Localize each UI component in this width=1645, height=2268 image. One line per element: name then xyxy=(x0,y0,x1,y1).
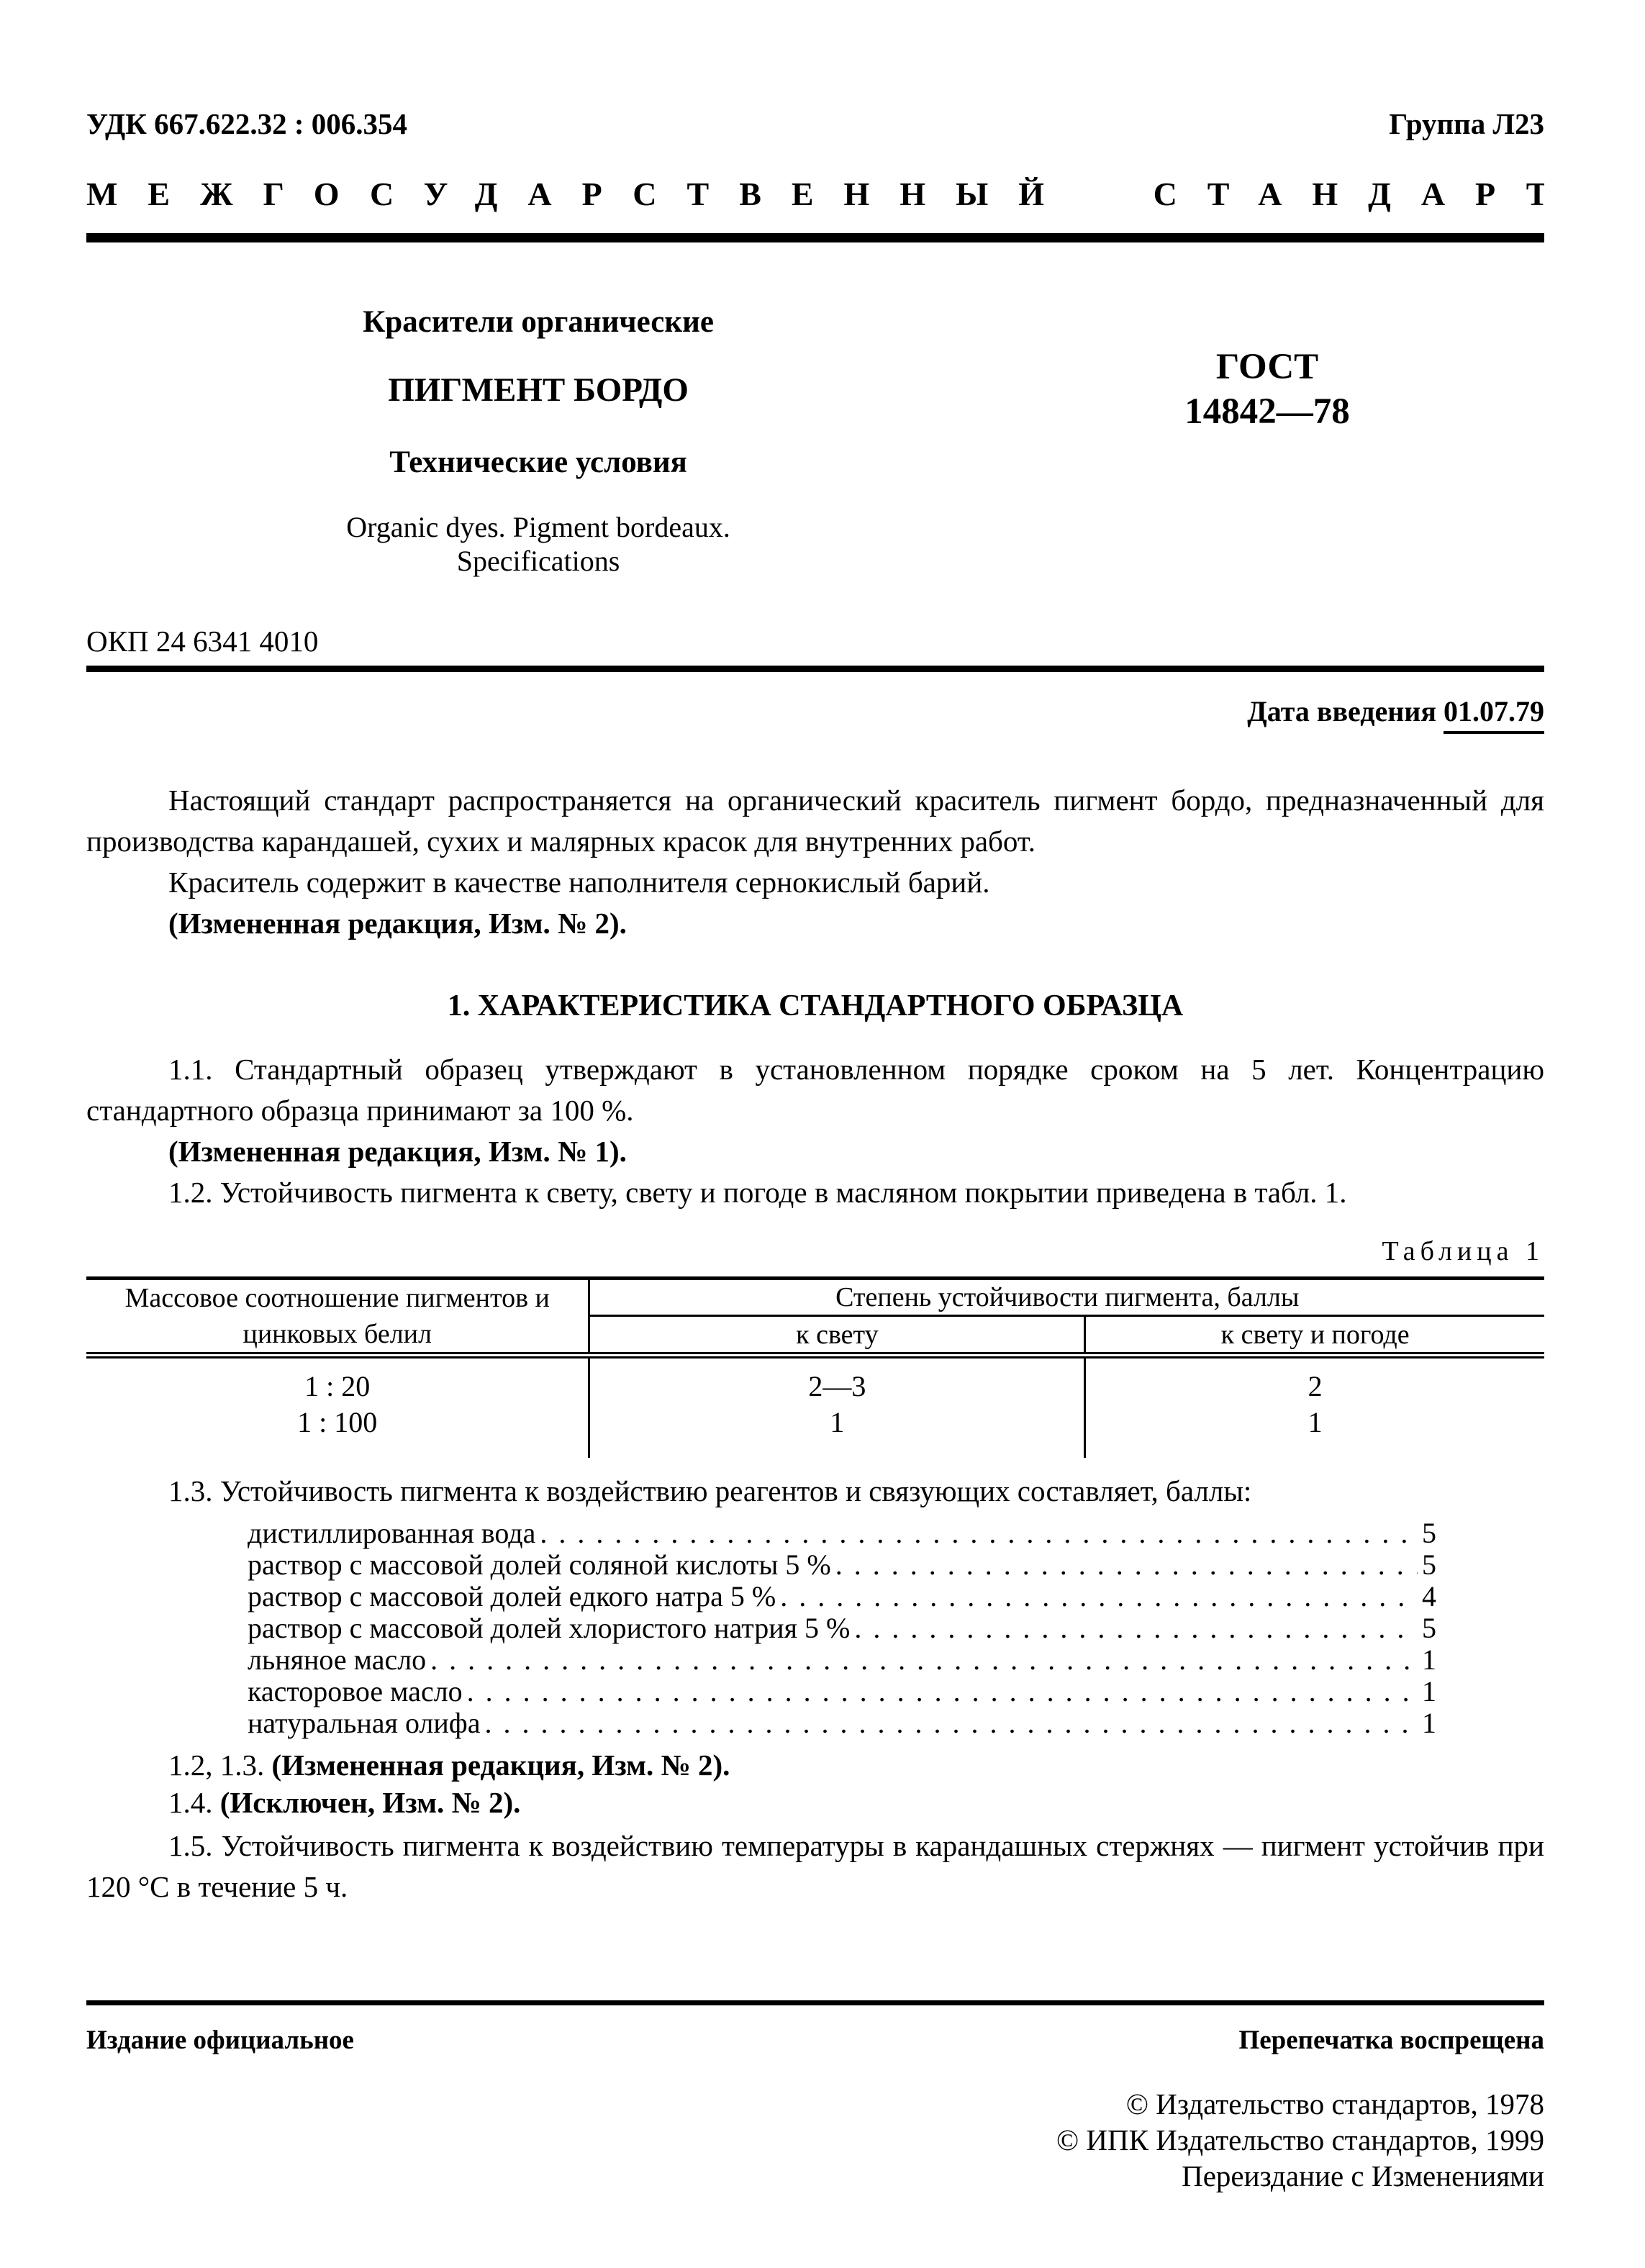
resistance-item: раствор с массовой долей едкого натра 5 … xyxy=(248,1581,1436,1612)
doc-title-en-line1: Organic dyes. Pigment bordeaux. xyxy=(86,510,990,544)
doc-title-en-line2: Specifications xyxy=(86,544,990,578)
resistance-item-label: касторовое масло xyxy=(248,1676,463,1707)
resistance-item-value: 1 xyxy=(1415,1707,1436,1739)
title-section: Красители органические ПИГМЕНТ БОРДО Тех… xyxy=(86,304,1544,578)
table-header-row-1: Массовое соотношение пигментов и цинковы… xyxy=(86,1279,1544,1316)
dotted-leader xyxy=(430,1644,1409,1676)
resistance-item: раствор с массовой долей хлористого натр… xyxy=(248,1612,1436,1644)
resistance-item-label: раствор с массовой долей едкого натра 5 … xyxy=(248,1581,776,1612)
doc-title-english: Organic dyes. Pigment bordeaux. Specific… xyxy=(86,510,990,578)
doc-category: Красители органические xyxy=(86,304,990,340)
clause-1-3-block: 1.3. Устойчивость пигмента к воздействию… xyxy=(86,1471,1544,1512)
effective-date-label: Дата введения xyxy=(1247,695,1436,727)
clause-1-5-block: 1.5. Устойчивость пигмента к воздействию… xyxy=(86,1825,1544,1908)
document-page: УДК 667.622.32 : 006.354 Группа Л23 МЕЖГ… xyxy=(0,0,1645,2268)
udk-code: УДК 667.622.32 : 006.354 xyxy=(86,106,407,141)
table-cell-light: 1 xyxy=(589,1405,1085,1458)
official-edition-label: Издание официальное xyxy=(86,2024,354,2057)
doc-subtitle: Технические условия xyxy=(86,444,990,481)
dotted-leader xyxy=(484,1707,1410,1739)
copyright-block: © Издательство стандартов, 1978 © ИПК Из… xyxy=(86,2086,1544,2194)
table-cell-light: 2—3 xyxy=(589,1356,1085,1405)
resistance-item: раствор с массовой долей соляной кислоты… xyxy=(248,1549,1436,1581)
page-footer: Издание официальное Перепечатка воспреще… xyxy=(86,2000,1544,2194)
classification-row: УДК 667.622.32 : 006.354 Группа Л23 xyxy=(86,106,1544,141)
dotted-leader xyxy=(467,1676,1410,1707)
table-row: 1 : 20 2—3 2 xyxy=(86,1356,1544,1405)
effective-date-row: Дата введения 01.07.79 xyxy=(86,694,1544,730)
table-1: Массовое соотношение пигментов и цинковы… xyxy=(86,1276,1544,1458)
section-1-body: 1.1. Стандартный образец утверждают в ус… xyxy=(86,1049,1544,1213)
intro-paragraph-1: Настоящий стандарт распространяется на о… xyxy=(86,780,1544,862)
table-subheader-light-weather: к свету и погоде xyxy=(1085,1316,1544,1356)
table-row: 1 : 100 1 1 xyxy=(86,1405,1544,1458)
excluded-note: (Исключен, Изм. № 2). xyxy=(220,1786,521,1819)
copyright-1999: © ИПК Издательство стандартов, 1999 xyxy=(86,2122,1544,2158)
clause-1-2: 1.2. Устойчивость пигмента к свету, свет… xyxy=(86,1172,1544,1213)
header-rule xyxy=(86,233,1544,242)
intro-block: Настоящий стандарт распространяется на о… xyxy=(86,780,1544,944)
clause-1-1: 1.1. Стандартный образец утверждают в ус… xyxy=(86,1049,1544,1131)
amendment-note: (Измененная редакция, Изм. № 2). xyxy=(272,1748,730,1782)
dotted-leader xyxy=(540,1518,1411,1549)
okp-rule xyxy=(86,666,1544,672)
resistance-item-value: 5 xyxy=(1422,1549,1436,1581)
group-code: Группа Л23 xyxy=(1389,106,1544,141)
standard-type-heading: МЕЖГОСУДАРСТВЕННЫЙ СТАНДАРТ xyxy=(86,174,1544,214)
resistance-item-value: 1 xyxy=(1414,1676,1436,1707)
reprint-prohibited-label: Перепечатка воспрещена xyxy=(1238,2024,1544,2057)
resistance-item: дистиллированная вода 5 xyxy=(248,1518,1436,1549)
clause-1-4-excluded: 1.4. (Исключен, Изм. № 2). xyxy=(86,1784,1544,1821)
effective-date-value: 01.07.79 xyxy=(1444,695,1544,734)
intro-amendment-note: (Измененная редакция, Изм. № 2). xyxy=(86,903,1544,944)
resistance-item-value: 1 xyxy=(1413,1644,1436,1676)
resistance-item: льняное масло 1 xyxy=(248,1644,1436,1676)
amendment-lines: 1.2, 1.3. (Измененная редакция, Изм. № 2… xyxy=(86,1746,1544,1821)
clause-number: 1.4. xyxy=(168,1786,220,1819)
table-cell-ratio: 1 : 20 xyxy=(86,1356,589,1405)
gost-designation: ГОСТ 14842—78 xyxy=(990,304,1544,578)
resistance-item-label: раствор с массовой долей хлористого натр… xyxy=(248,1612,850,1644)
clause-1-3-intro: 1.3. Устойчивость пигмента к воздействию… xyxy=(86,1471,1544,1512)
resistance-item: касторовое масло 1 xyxy=(248,1676,1436,1707)
gost-number: 14842—78 xyxy=(990,389,1544,434)
resistance-item-value: 4 xyxy=(1421,1581,1436,1612)
table-subheader-light: к свету xyxy=(589,1316,1085,1356)
table-group-header: Степень устойчивости пигмента, баллы xyxy=(589,1279,1544,1316)
resistance-item: натуральная олифа 1 xyxy=(248,1707,1436,1739)
resistance-list: дистиллированная вода 5 раствор с массов… xyxy=(248,1518,1436,1739)
table-1-caption: Таблица 1 xyxy=(86,1235,1544,1268)
resistance-item-label: льняное масло xyxy=(248,1644,426,1676)
clause-1-2-1-3-amendment: 1.2, 1.3. (Измененная редакция, Изм. № 2… xyxy=(86,1746,1544,1784)
section-1-heading: 1. ХАРАКТЕРИСТИКА СТАНДАРТНОГО ОБРАЗЦА xyxy=(86,987,1544,1025)
dotted-leader xyxy=(780,1581,1417,1612)
resistance-item-label: натуральная олифа xyxy=(248,1707,480,1739)
copyright-1978: © Издательство стандартов, 1978 xyxy=(86,2086,1544,2122)
okp-code: ОКП 24 6341 4010 xyxy=(86,624,1544,658)
table-cell-light-weather: 1 xyxy=(1085,1405,1544,1458)
gost-label: ГОСТ xyxy=(990,345,1544,389)
resistance-item-value: 5 xyxy=(1415,1518,1436,1549)
table-cell-light-weather: 2 xyxy=(1085,1356,1544,1405)
dotted-leader xyxy=(835,1549,1418,1581)
doc-title: ПИГМЕНТ БОРДО xyxy=(86,369,990,411)
clause-1-5: 1.5. Устойчивость пигмента к воздействию… xyxy=(86,1825,1544,1908)
footer-rule xyxy=(86,2000,1544,2005)
intro-paragraph-2: Краситель содержит в качестве наполнител… xyxy=(86,862,1544,903)
reissue-note: Переиздание с Изменениями xyxy=(86,2158,1544,2194)
dotted-leader xyxy=(854,1612,1418,1644)
footer-notice-row: Издание официальное Перепечатка воспреще… xyxy=(86,2024,1544,2057)
resistance-item-label: раствор с массовой долей соляной кислоты… xyxy=(248,1549,831,1581)
resistance-item-value: 5 xyxy=(1422,1612,1436,1644)
clause-numbers: 1.2, 1.3. xyxy=(168,1748,272,1782)
title-column: Красители органические ПИГМЕНТ БОРДО Тех… xyxy=(86,304,990,578)
clause-1-1-amendment-note: (Измененная редакция, Изм. № 1). xyxy=(86,1131,1544,1172)
resistance-item-label: дистиллированная вода xyxy=(248,1518,535,1549)
table-col1-header: Массовое соотношение пигментов и цинковы… xyxy=(86,1279,589,1356)
table-cell-ratio: 1 : 100 xyxy=(86,1405,589,1458)
